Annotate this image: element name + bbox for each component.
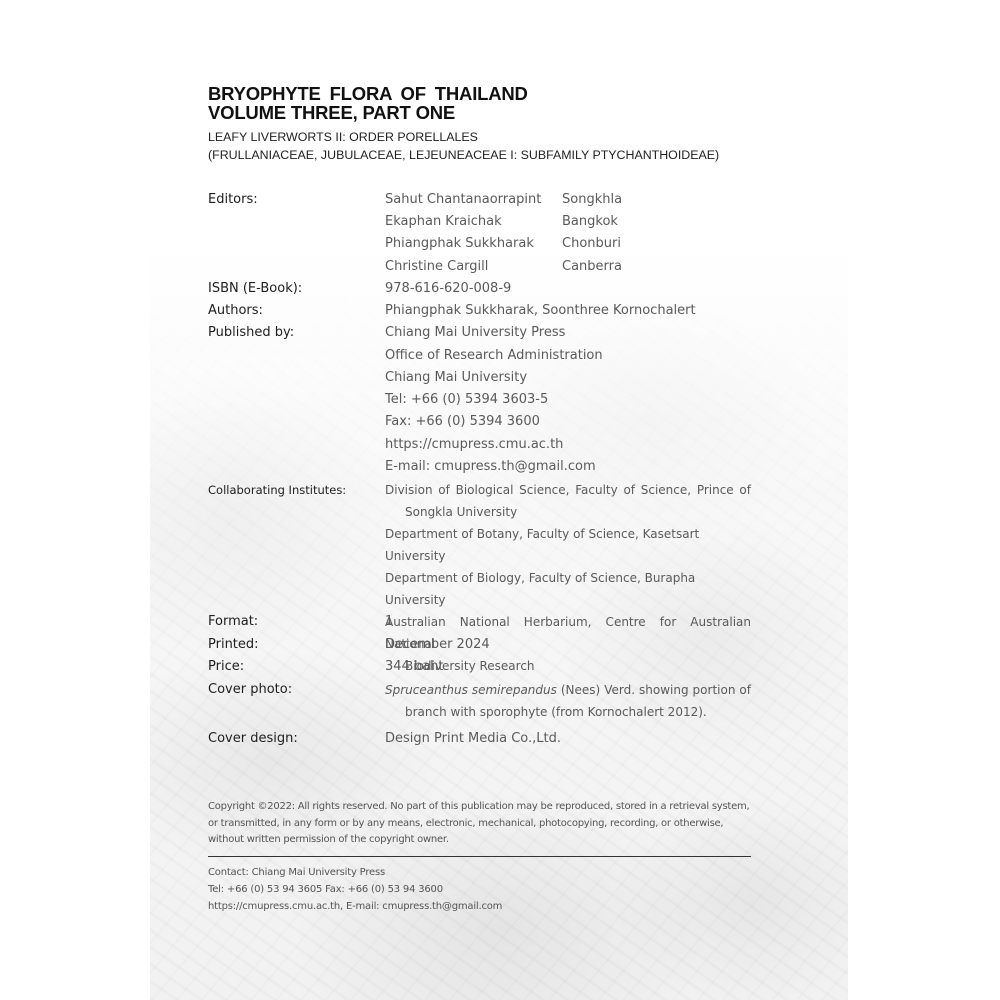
printed-label: Printed:: [208, 634, 259, 656]
publisher-line: Chiang Mai University Press: [385, 322, 565, 344]
isbn-label: ISBN (E-Book):: [208, 278, 302, 300]
book-title: BRYOPHYTE FLORA OF THAILAND VOLUME THREE…: [208, 84, 768, 122]
cover-design-value: Design Print Media Co.,Ltd.: [385, 728, 561, 750]
copyright-line: without written permission of the copyri…: [208, 832, 753, 849]
subtitle-line-2: (FRULLANIACEAE, JUBULACEAE, LEJEUNEACEAE…: [208, 146, 768, 164]
cover-photo-label: Cover photo:: [208, 679, 292, 701]
publisher-tel: Tel: +66 (0) 5394 3603-5: [385, 389, 548, 411]
contact-block: Contact: Chiang Mai University Press Tel…: [208, 864, 753, 915]
price-value: 344 baht: [385, 656, 444, 678]
copyright-line: or transmitted, in any form or by any me…: [208, 816, 753, 833]
institute-item: Department of Biology, Faculty of Scienc…: [385, 567, 751, 611]
cover-photo-description: (Nees) Verd. showing portion of: [557, 683, 751, 697]
publisher-line: Chiang Mai University: [385, 367, 527, 389]
institutes-label: Collaborating Institutes:: [208, 479, 346, 501]
subtitle-line-1: LEAFY LIVERWORTS II: ORDER PORELLALES: [208, 128, 768, 146]
contact-line: Contact: Chiang Mai University Press: [208, 864, 753, 881]
editor-place: Chonburi: [562, 233, 621, 255]
cover-photo-caption: Spruceanthus semirepandus (Nees) Verd. s…: [385, 679, 751, 723]
book-subtitle: LEAFY LIVERWORTS II: ORDER PORELLALES (F…: [208, 128, 768, 164]
authors-label: Authors:: [208, 300, 263, 322]
format-value: 1: [385, 611, 393, 633]
editor-place: Canberra: [562, 256, 622, 278]
publisher-label: Published by:: [208, 322, 294, 344]
price-label: Price:: [208, 656, 244, 678]
publisher-fax: Fax: +66 (0) 5394 3600: [385, 411, 540, 433]
publisher-website-link[interactable]: https://cmupress.cmu.ac.th: [385, 434, 563, 456]
cover-photo-line-1: Spruceanthus semirepandus (Nees) Verd. s…: [385, 679, 751, 701]
title-line-1: BRYOPHYTE FLORA OF THAILAND: [208, 84, 768, 103]
cover-photo-line-2: branch with sporophyte (from Kornochaler…: [385, 701, 751, 723]
cover-design-label: Cover design:: [208, 728, 298, 750]
editor-place: Songkhla: [562, 189, 622, 211]
publisher-line: Office of Research Administration: [385, 345, 603, 367]
institute-item: Department of Botany, Faculty of Science…: [385, 523, 751, 567]
contact-phone-line: Tel: +66 (0) 53 94 3605 Fax: +66 (0) 53 …: [208, 881, 753, 898]
editor-name: Sahut Chantanaorrapint: [385, 189, 541, 211]
editor-name: Christine Cargill: [385, 256, 488, 278]
divider-line: [208, 856, 751, 857]
editor-place: Bangkok: [562, 211, 618, 233]
copyright-notice: Copyright ©2022: All rights reserved. No…: [208, 799, 753, 849]
species-name: Spruceanthus semirepandus: [385, 683, 557, 697]
contact-web-email-line[interactable]: https://cmupress.cmu.ac.th, E-mail: cmup…: [208, 898, 753, 915]
editors-label: Editors:: [208, 189, 258, 211]
editor-name: Phiangphak Sukkharak: [385, 233, 534, 255]
isbn-value: 978-616-620-008-9: [385, 278, 511, 300]
publisher-email-link[interactable]: E-mail: cmupress.th@gmail.com: [385, 456, 596, 478]
title-line-2: VOLUME THREE, PART ONE: [208, 103, 768, 122]
institute-item-continued: Songkla University: [385, 501, 751, 523]
printed-value: December 2024: [385, 634, 490, 656]
format-label: Format:: [208, 611, 258, 633]
editor-name: Ekaphan Kraichak: [385, 211, 502, 233]
authors-value: Phiangphak Sukkharak, Soonthree Kornocha…: [385, 300, 696, 322]
copyright-line: Copyright ©2022: All rights reserved. No…: [208, 799, 753, 816]
institute-item: Division of Biological Science, Faculty …: [385, 479, 751, 501]
